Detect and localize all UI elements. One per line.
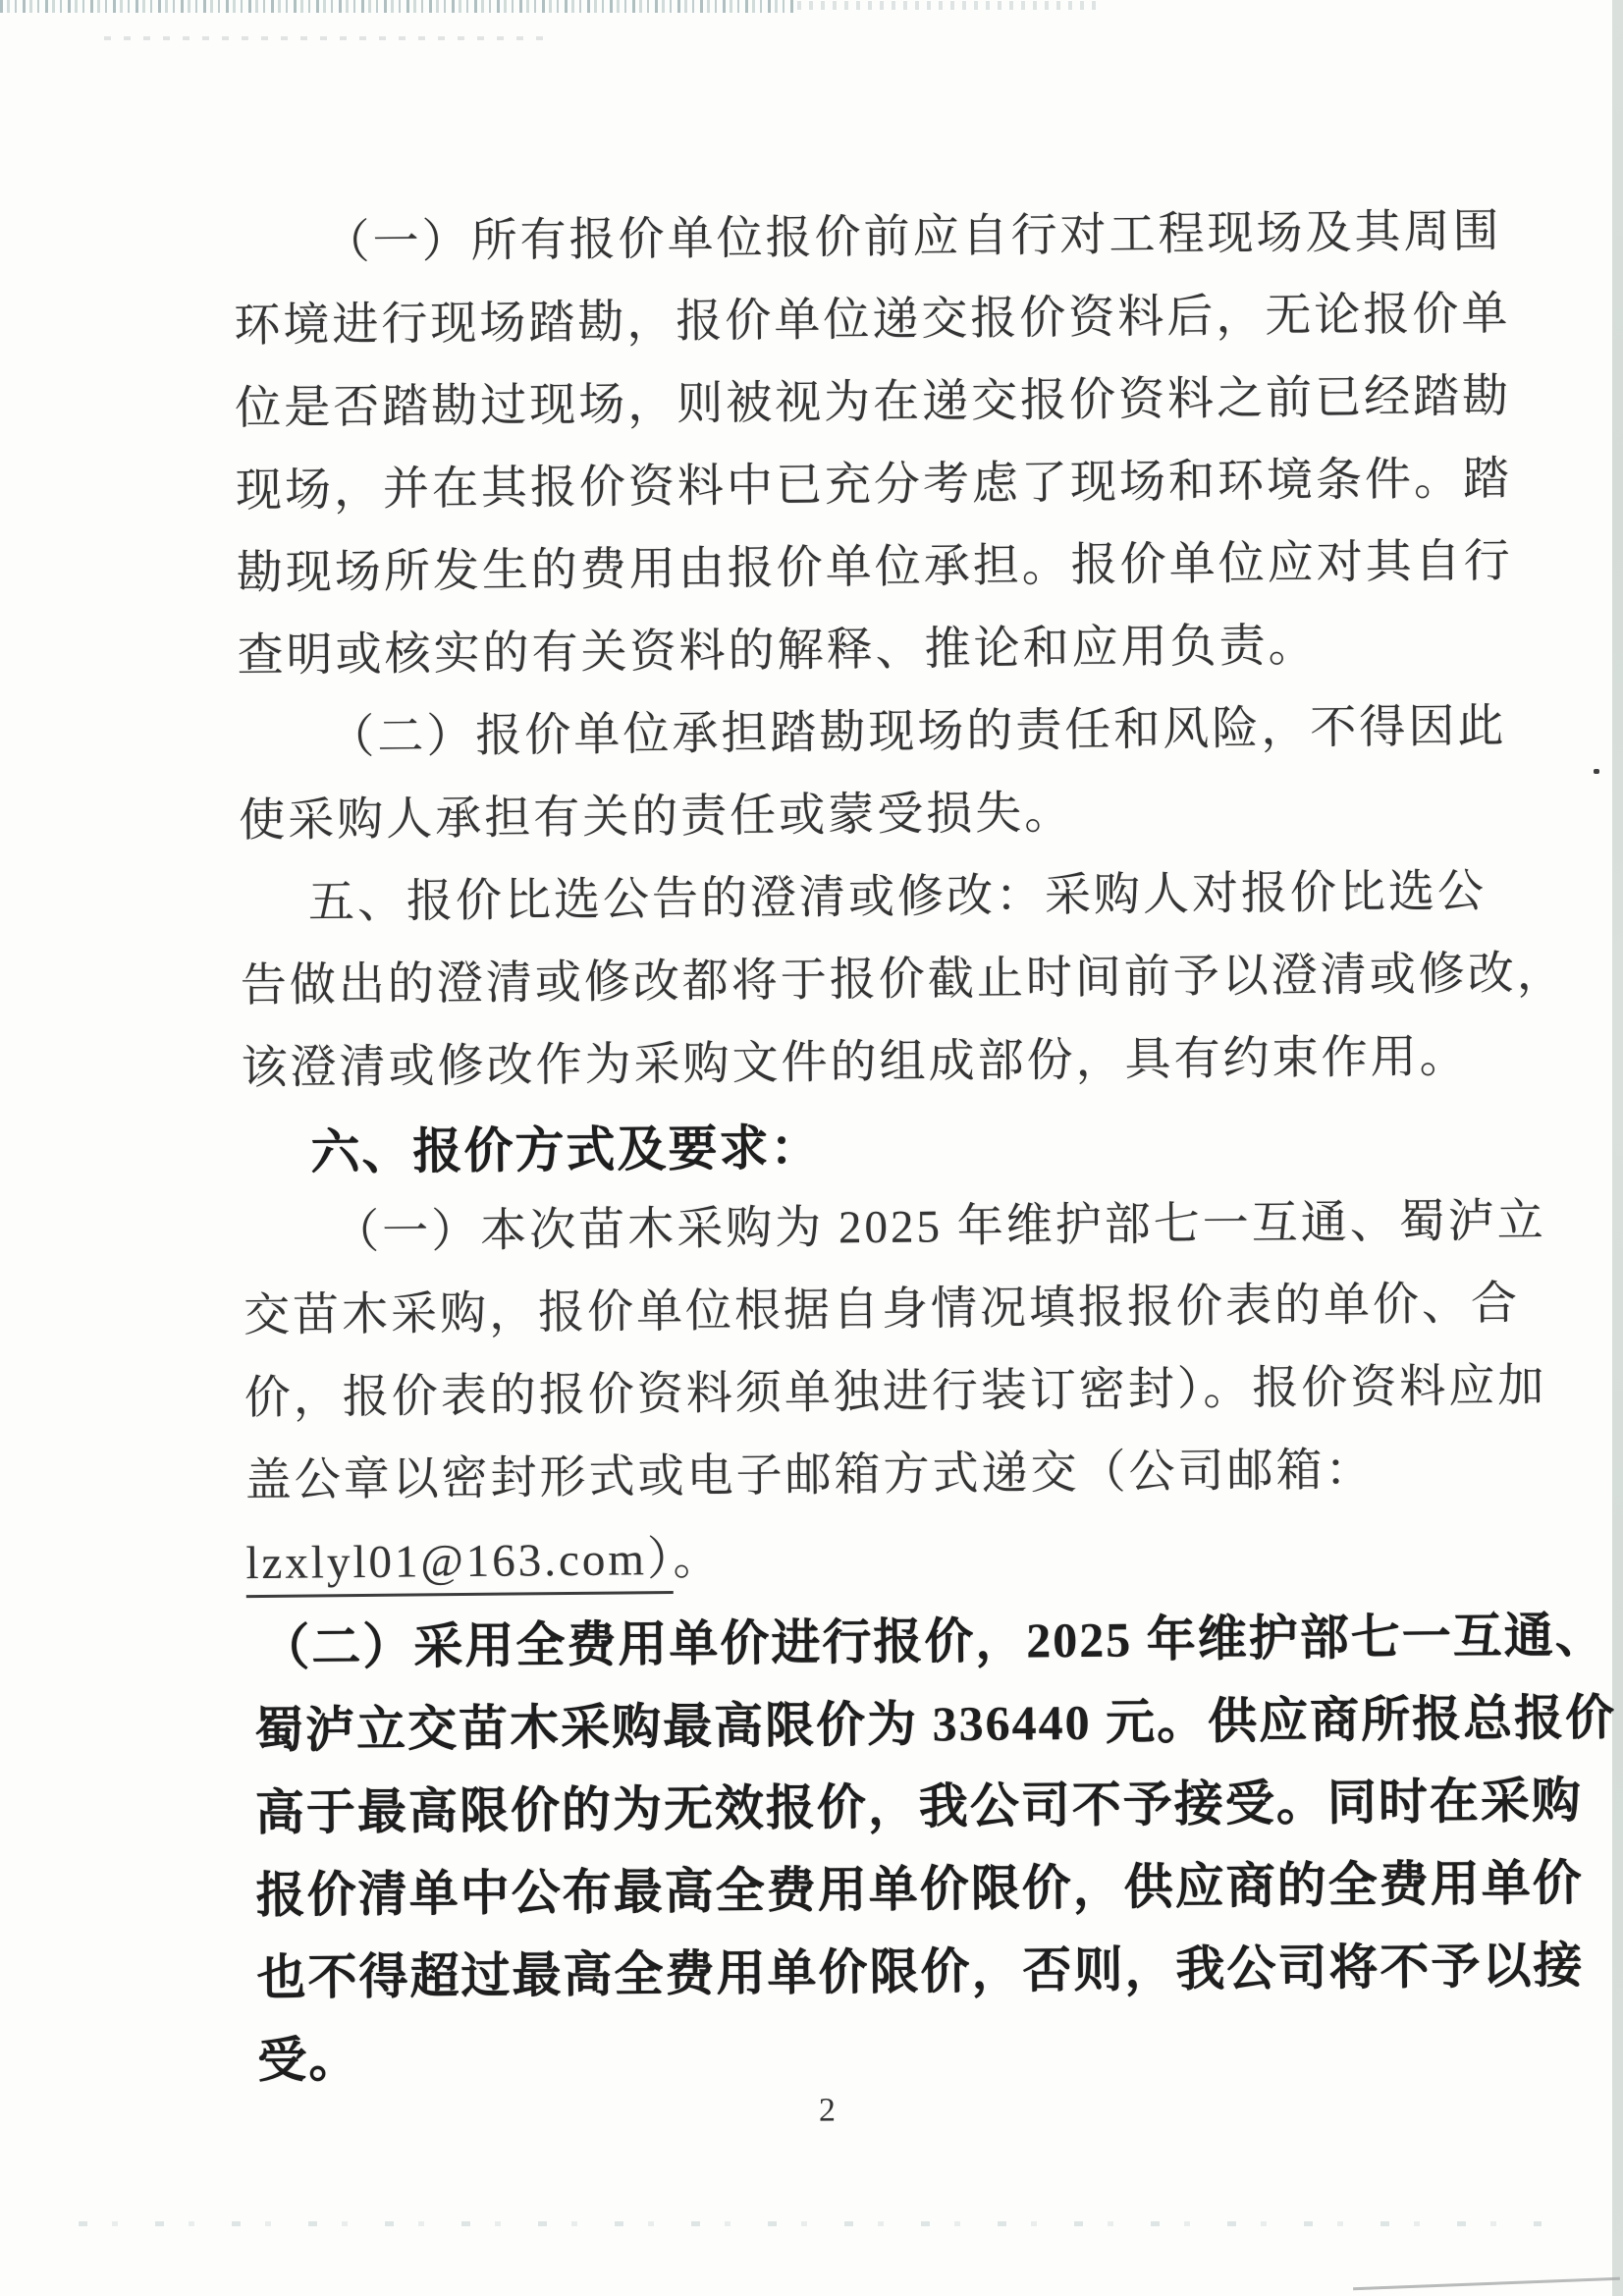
email-line-punctuation: 。 [673,1533,722,1584]
text-line: 五、报价比选公告的澄清或修改：采购人对报价比选公 [308,866,1487,929]
text-line: 勘现场所发生的费用由报价单位承担。报价单位应对其自行 [237,536,1513,600]
text-line: 盖公章以密封形式或电子邮箱方式递交（公司邮箱： [244,1445,1374,1507]
email-address: lzxlyl01@163.com） [245,1534,674,1598]
text-line: 交苗木采购，报价单位根据自身情况填报报价表的单价、合 [243,1279,1520,1342]
text-line: 价，报价表的报价资料须单独进行装订密封）。报价资料应加 [244,1360,1547,1424]
text-line: 位是否踏勘过现场，则被视为在递交报价资料之前已经踏勘 [235,371,1511,435]
text-line: 告做出的澄清或修改都将于报价截止时间前予以澄清或修改， [241,948,1566,1012]
text-layer: 2 （一）所有报价单位报价前应自行对工程现场及其周围环境进行现场踏勘，报价单位递… [0,0,1623,2296]
page-number: 2 [16,2085,1623,2138]
text-line: 环境进行现场踏勘，报价单位递交报价资料后，无论报价单 [234,289,1510,353]
scanned-document-page: 2 （一）所有报价单位报价前应自行对工程现场及其周围环境进行现场踏勘，报价单位递… [0,0,1623,2296]
text-line: 受。 [257,2032,360,2088]
text-line: 蜀泸立交苗木采购最高限价为 336440 元。供应商所报总报价 [254,1690,1616,1758]
text-line: 也不得超过最高全费用单价限价，否则，我公司将不予以接 [256,1938,1584,2005]
text-line: （二）报价单位承担踏勘现场的责任和风险，不得因此 [328,701,1506,764]
text-line: 查明或核实的有关资料的解释、推论和应用负责。 [237,621,1317,683]
text-line: 六、报价方式及要求： [310,1120,822,1179]
text-line: （一）本次苗木采购为 2025 年维护部七一互通、蜀泸立 [333,1195,1546,1258]
text-line: 使采购人承担有关的责任或蒙受损失。 [239,788,1073,847]
text-line: （二）采用全费用单价进行报价，2025 年维护部七一互通、 [260,1608,1606,1675]
text-line: 高于最高限价的为无效报价，我公司不予接受。同时在采购 [255,1773,1583,1840]
text-line-email: lzxlyl01@163.com）。 [245,1533,722,1589]
text-line: 现场，并在其报价资料中已充分考虑了现场和环境条件。踏 [236,454,1512,518]
text-line: （一）所有报价单位报价前应自行对工程现场及其周围 [323,206,1501,269]
text-line: 该澄清或修改作为采购文件的组成部份，具有约束作用。 [241,1031,1468,1095]
text-line: 报价清单中公布最高全费用单价限价，供应商的全费用单价 [255,1855,1583,1923]
